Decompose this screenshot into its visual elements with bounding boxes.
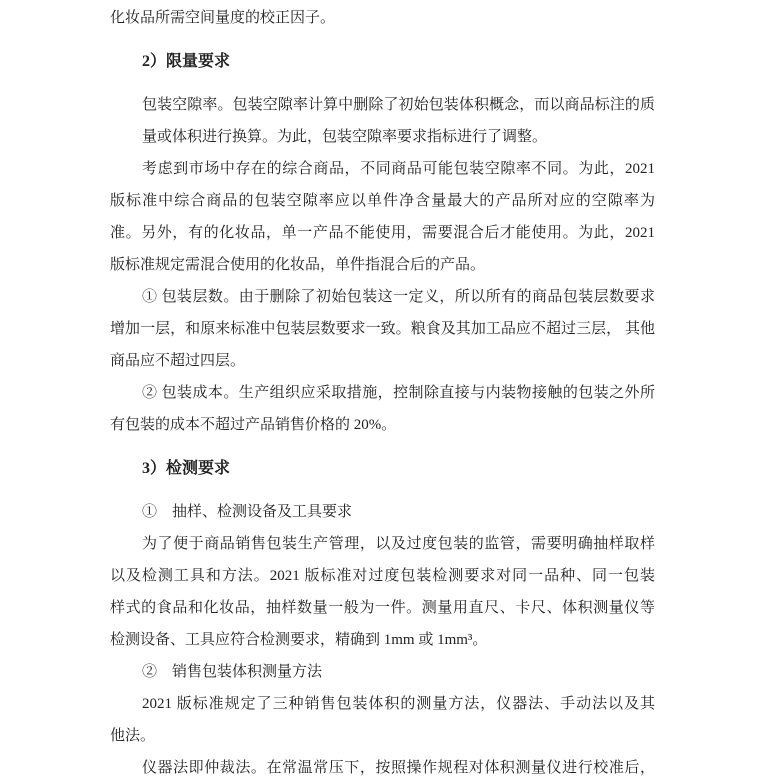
text-line: 考虑到市场中存在的综合商品，不同商品可能包装空隙率不同。为此，2021 xyxy=(142,153,655,185)
list-item-line: ② 包装成本。生产组织应采取措施，控制除直接与内装物接触的包装之外所 xyxy=(142,377,655,409)
section-heading: 3）检测要求 xyxy=(142,453,655,485)
text-line: 包装空隙率。包装空隙率计算中删除了初始包装体积概念，而以商品标注的质 xyxy=(142,89,655,121)
text-line: 量或体积进行换算。为此，包装空隙率要求指标进行了调整。 xyxy=(142,121,655,153)
text-line: 他法。 xyxy=(110,720,655,752)
text-line: 检测设备、工具应符合检测要求，精确到 1mm 或 1mm³。 xyxy=(110,624,655,656)
text-line: 2021 版标准规定了三种销售包装体积的测量方法，仪器法、手动法以及其 xyxy=(142,688,655,720)
text-line: 样式的食品和化妆品，抽样数量一般为一件。测量用直尺、卡尺、体积测量仪等 xyxy=(110,592,655,624)
list-item-line: ① 抽样、检测设备及工具要求 xyxy=(142,496,655,528)
list-item-line: ② 销售包装体积测量方法 xyxy=(142,656,655,688)
list-item-line: ① 包装层数。由于删除了初始包装这一定义，所以所有的商品包装层数要求 xyxy=(142,281,655,313)
text-line: 版标准规定需混合使用的化妆品，单件指混合后的产品。 xyxy=(110,249,655,281)
text-line: 以及检测工具和方法。2021 版标准对过度包装检测要求对同一品种、同一包装 xyxy=(110,560,655,592)
text-line: 增加一层，和原来标准中包装层数要求一致。粮食及其加工品应不超过三层， 其他 xyxy=(110,313,655,345)
text-line: 为了便于商品销售包装生产管理，以及过度包装的监管，需要明确抽样取样 xyxy=(142,528,655,560)
document-page: 化妆品所需空间量度的校正因子。 2）限量要求 包装空隙率。包装空隙率计算中删除了… xyxy=(0,0,760,784)
text-line: 有包装的成本不超过产品销售价格的 20%。 xyxy=(110,409,655,441)
text-line: 版标准中综合商品的包装空隙率应以单件净含量最大的产品所对应的空隙率为 xyxy=(110,185,655,217)
section-heading: 2）限量要求 xyxy=(142,46,655,78)
text-line: 商品应不超过四层。 xyxy=(110,345,655,377)
text-line: 仪器法即仲裁法。在常温常压下，按照操作规程对体积测量仪进行校准后， xyxy=(142,752,655,784)
text-line: 准。另外，有的化妆品，单一产品不能使用，需要混合后才能使用。为此，2021 xyxy=(110,217,655,249)
text-line: 化妆品所需空间量度的校正因子。 xyxy=(110,2,655,34)
